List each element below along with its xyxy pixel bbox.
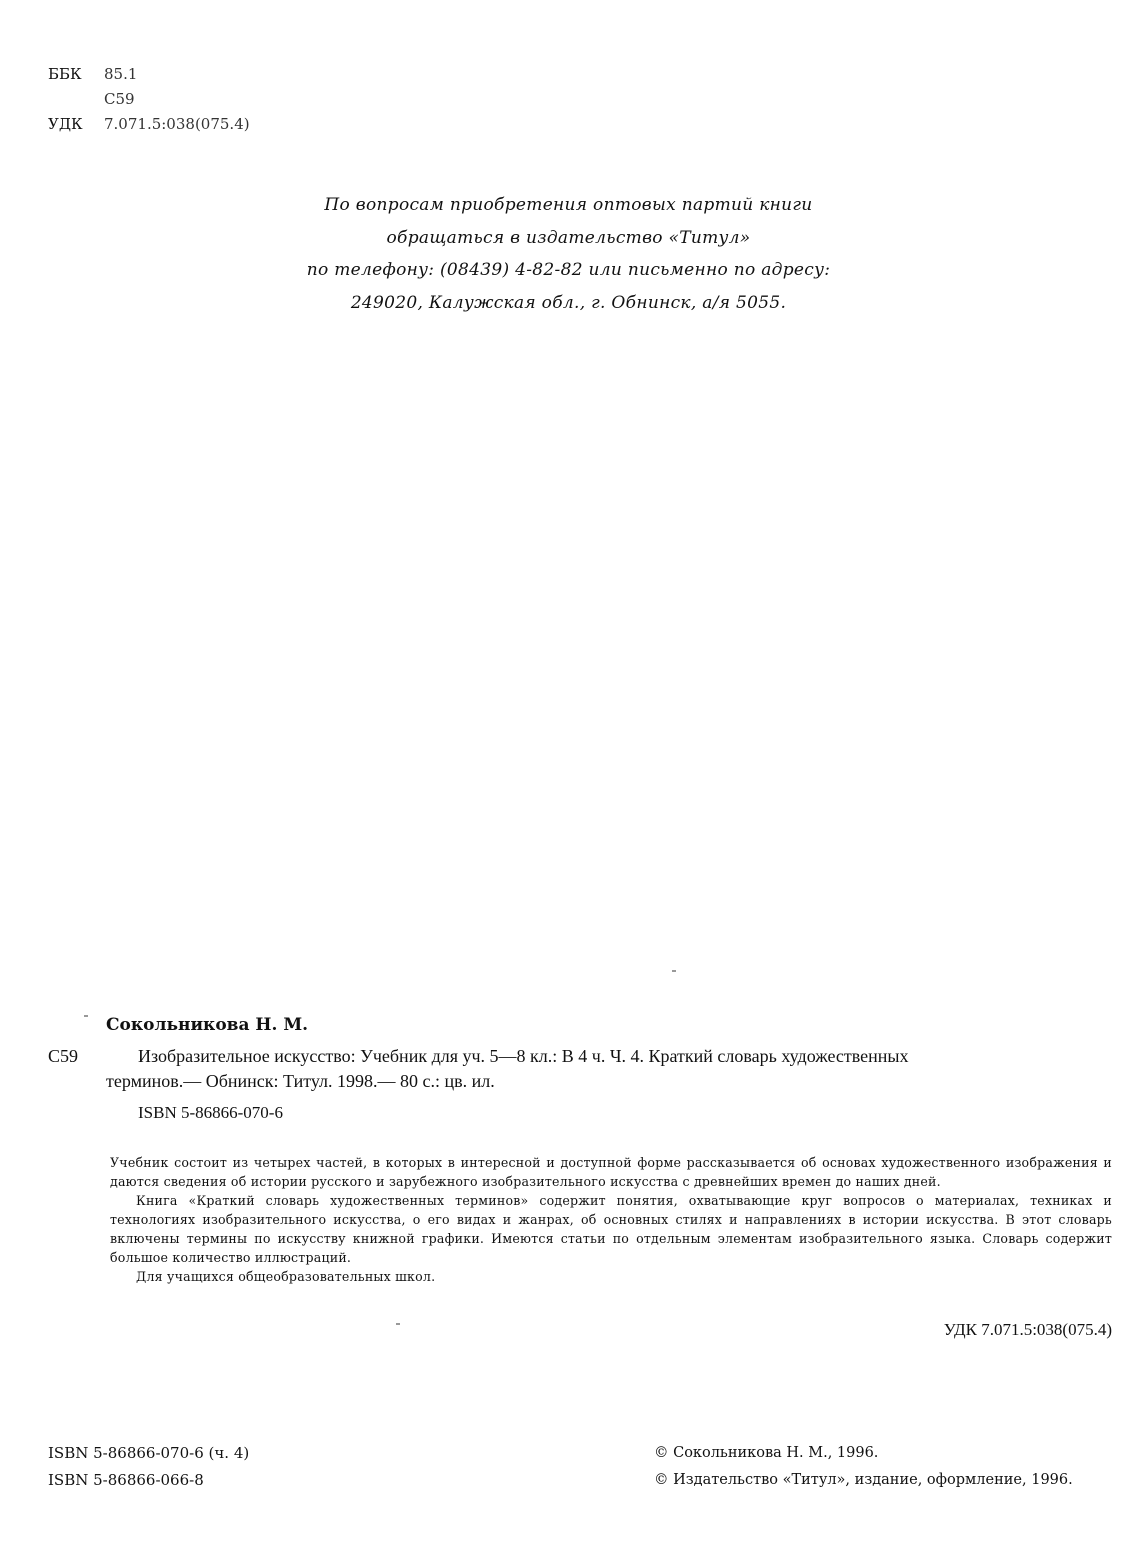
record-author: Сокольникова Н. М. <box>106 1014 1113 1036</box>
record-code: С59 <box>48 1044 78 1069</box>
udk-value: 7.071.5:038(075.4) <box>104 112 250 137</box>
udk-label: УДК <box>48 112 104 137</box>
record-title-line-2: терминов.— Обнинск: Титул. 1998.— 80 с.:… <box>106 1069 1113 1094</box>
udk-row: УДК 7.071.5:038(075.4) <box>48 112 250 137</box>
author-sign: С59 <box>104 87 135 112</box>
record-title-line-1: Изобразительное искусство: Учебник для у… <box>106 1044 1113 1069</box>
scan-speck <box>396 1323 400 1325</box>
annotation-paragraph: Учебник состоит из четырех частей, в кот… <box>110 1153 1112 1191</box>
footer-copyright: © Сокольникова Н. М., 1996. © Издательст… <box>654 1440 1073 1494</box>
annotation-udk: УДК 7.071.5:038(075.4) <box>944 1320 1112 1340</box>
footer-isbn: ISBN 5-86866-070-6 (ч. 4) ISBN 5-86866-0… <box>48 1440 249 1494</box>
scan-speck <box>672 970 676 972</box>
record-isbn: ISBN 5-86866-070-6 <box>138 1103 1113 1123</box>
bbk-row: ББК 85.1 <box>48 62 250 87</box>
bbk-value: 85.1 <box>104 62 137 87</box>
bibliographic-record: Сокольникова Н. М. С59 Изобразительное и… <box>48 1014 1113 1123</box>
annotation-paragraph: Книга «Краткий словарь художественных те… <box>110 1191 1112 1267</box>
isbn-line: ISBN 5-86866-070-6 (ч. 4) <box>48 1440 249 1467</box>
isbn-line: ISBN 5-86866-066-8 <box>48 1467 249 1494</box>
classification-codes: ББК 85.1 С59 УДК 7.071.5:038(075.4) <box>48 62 250 137</box>
author-sign-row: С59 <box>48 87 250 112</box>
order-note: По вопросам приобретения оптовых партий … <box>0 189 1137 319</box>
bbk-label: ББК <box>48 62 104 87</box>
order-note-line: по телефону: (08439) 4-82-82 или письмен… <box>0 254 1137 287</box>
copyright-line: © Сокольникова Н. М., 1996. <box>654 1440 1073 1467</box>
annotation-paragraph: Для учащихся общеобразовательных школ. <box>110 1267 1112 1286</box>
annotation: Учебник состоит из четырех частей, в кот… <box>110 1153 1112 1286</box>
order-note-line: обращаться в издательство «Титул» <box>0 222 1137 255</box>
record-entry: С59 Изобразительное искусство: Учебник д… <box>48 1044 1113 1094</box>
copyright-line: © Издательство «Титул», издание, оформле… <box>654 1467 1073 1494</box>
order-note-line: 249020, Калужская обл., г. Обнинск, а/я … <box>0 287 1137 320</box>
order-note-line: По вопросам приобретения оптовых партий … <box>0 189 1137 222</box>
